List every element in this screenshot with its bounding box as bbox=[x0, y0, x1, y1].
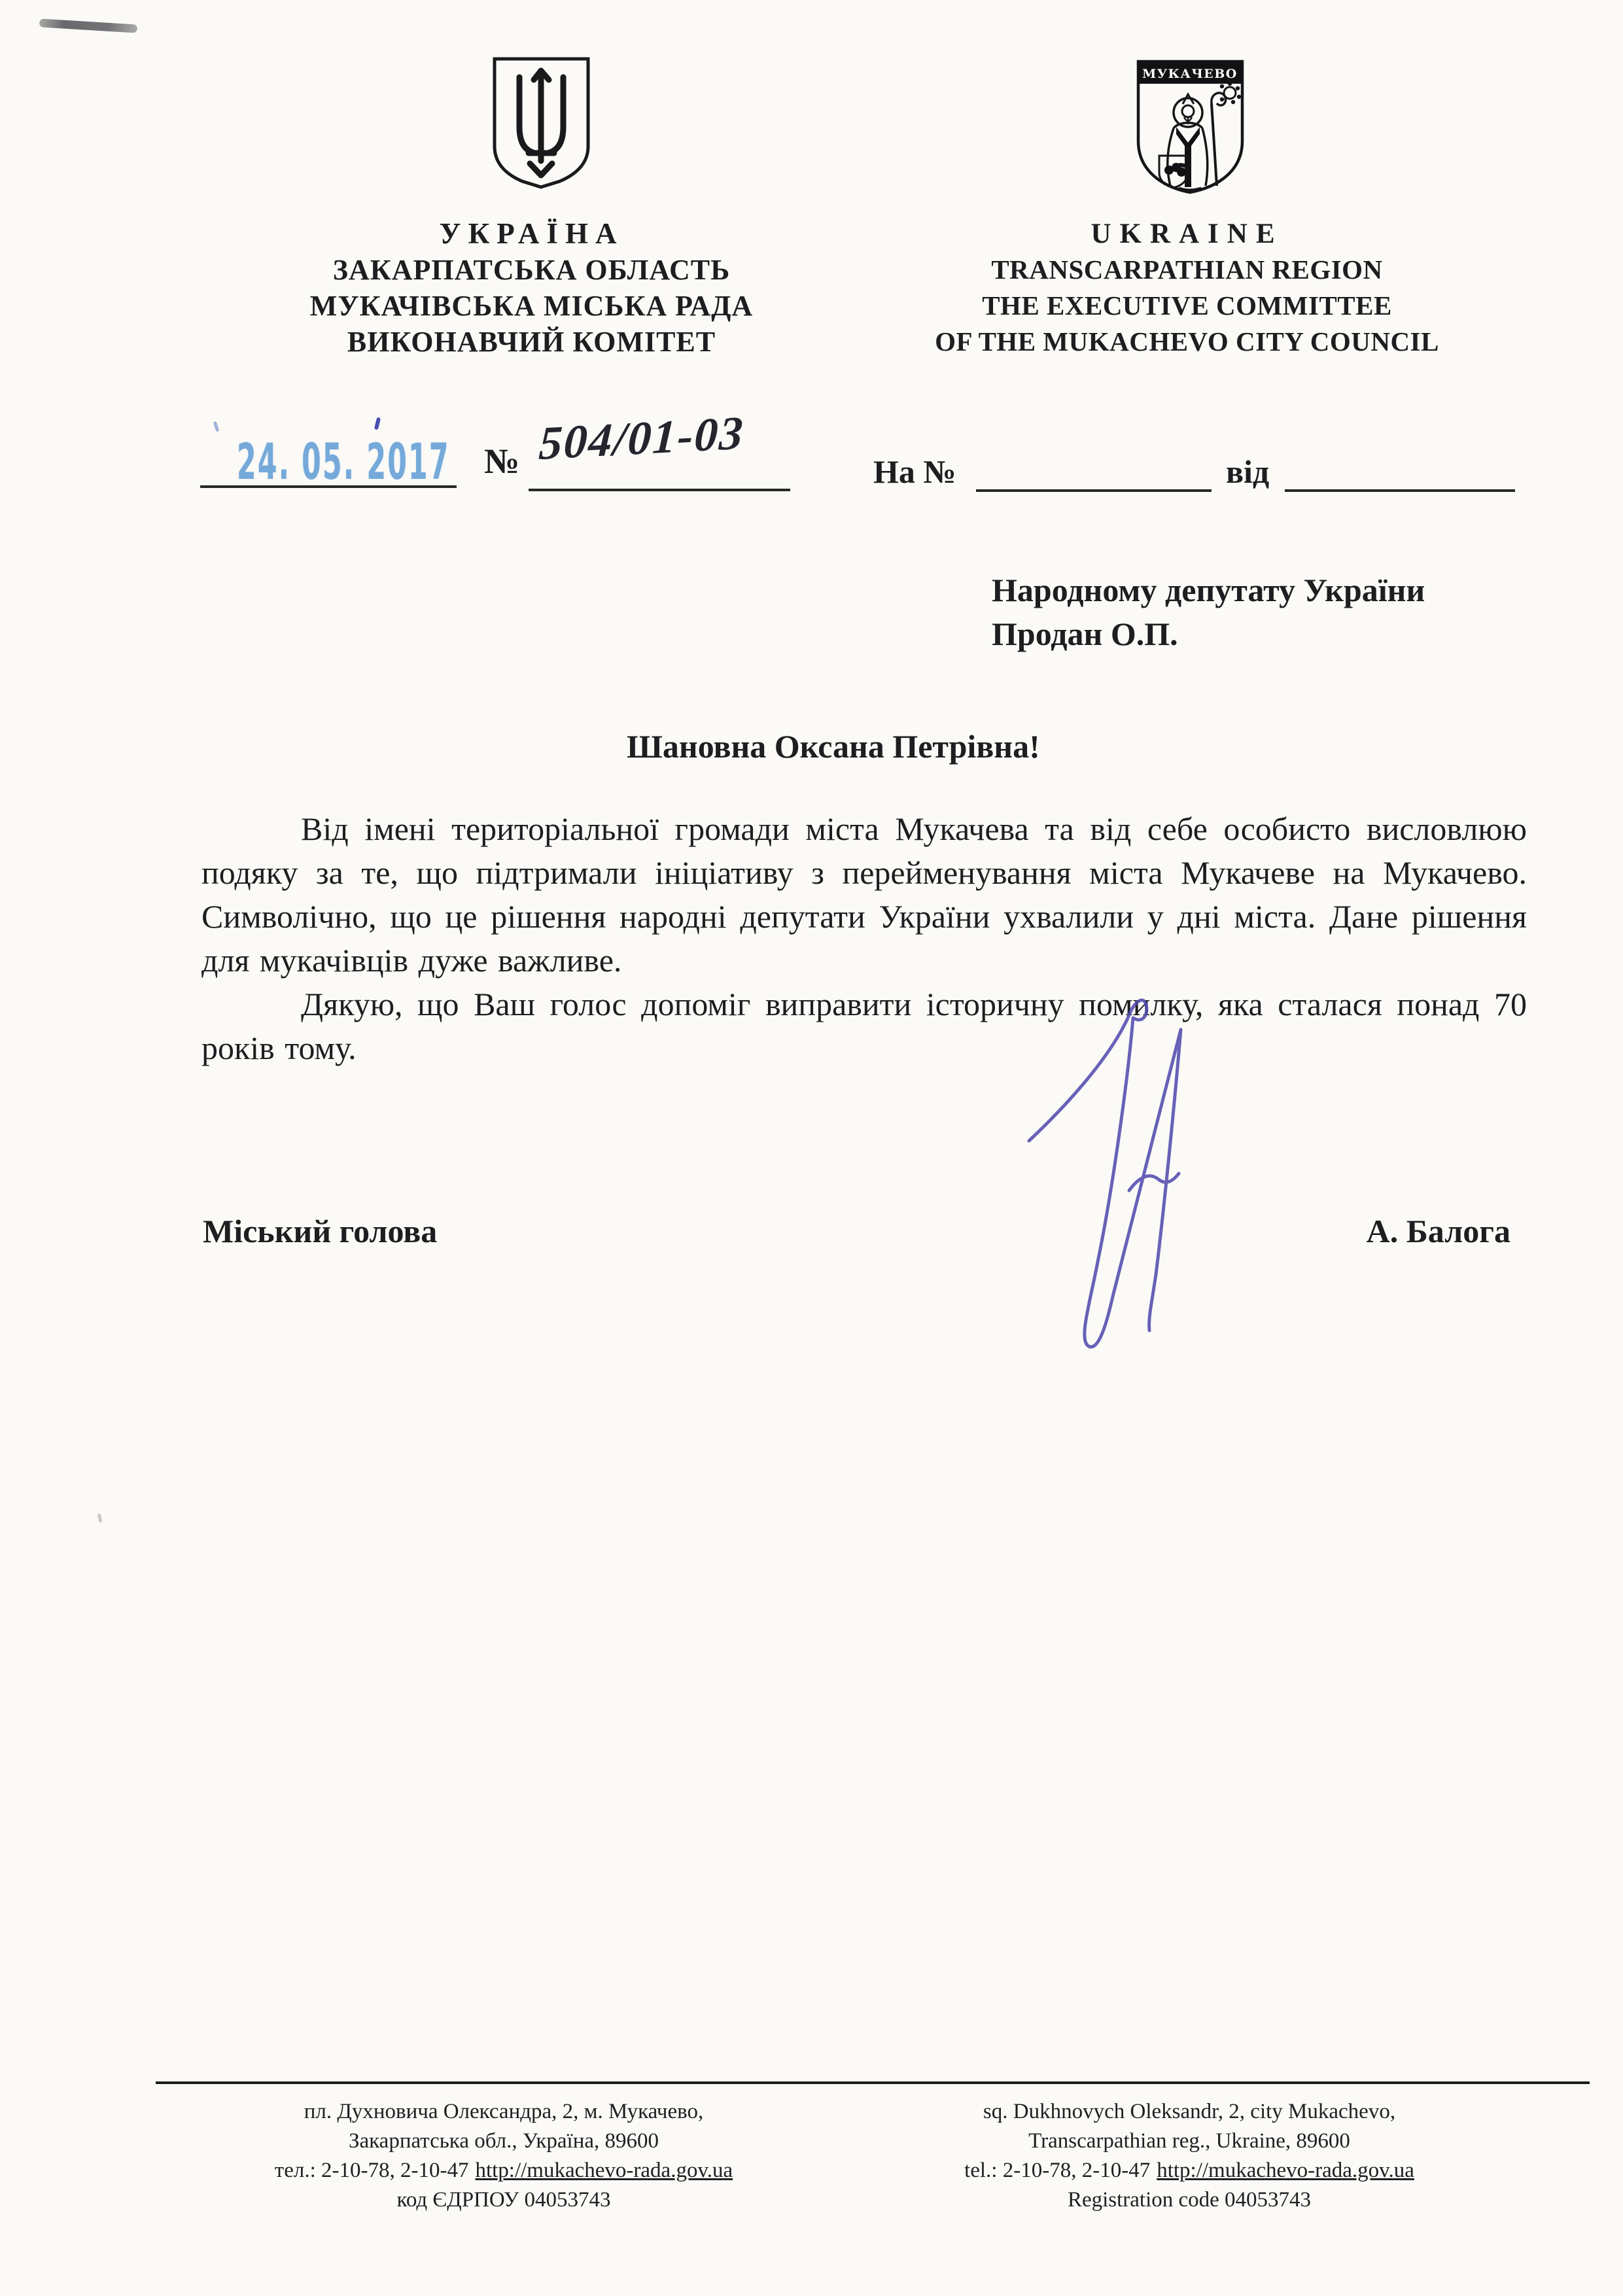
footer-code-uk: код ЄДРПОУ 04053743 bbox=[196, 2185, 811, 2215]
coat-banner-text: МУКАЧЕВО bbox=[1142, 67, 1238, 81]
signer-position: Міський голова bbox=[203, 1215, 437, 1247]
body-paragraph-2: Дякую, що Ваш голос допоміг виправити іс… bbox=[201, 983, 1527, 1070]
pen-mark bbox=[213, 421, 220, 432]
footer-code-en: Registration code 04053743 bbox=[882, 2185, 1497, 2215]
recipient-block: Народному депутату України Продан О.П. bbox=[992, 568, 1425, 656]
reply-date-blank bbox=[1285, 489, 1515, 492]
date-underline bbox=[200, 485, 457, 488]
footer-contact-line-uk: тел.: 2-10-78, 2-10-47http://mukachevo-r… bbox=[196, 2156, 811, 2185]
footer-website-link-en[interactable]: http://mukachevo-rada.gov.ua bbox=[1157, 2159, 1414, 2182]
org-committee-en: THE EXECUTIVE COMMITTEE bbox=[845, 288, 1529, 324]
org-committee-uk: ВИКОНАВЧИЙ КОМІТЕТ bbox=[190, 324, 873, 360]
reply-number-label: На № bbox=[873, 455, 956, 488]
recipient-title: Народному депутату України bbox=[992, 568, 1425, 612]
pen-mark bbox=[374, 417, 381, 430]
org-block-ukrainian: УКРАЇНА ЗАКАРПАТСЬКА ОБЛАСТЬ МУКАЧІВСЬКА… bbox=[190, 216, 873, 360]
number-underline bbox=[529, 489, 790, 491]
reply-number-blank bbox=[976, 489, 1212, 492]
mukachevo-coat-of-arms: МУКАЧЕВО bbox=[1133, 56, 1248, 198]
footer-address-line2-en: Transcarpathian reg., Ukraine, 89600 bbox=[882, 2127, 1497, 2156]
scan-speck bbox=[97, 1514, 103, 1523]
footer-website-link-uk[interactable]: http://mukachevo-rada.gov.ua bbox=[475, 2159, 733, 2182]
footer-phone-en: tel.: 2-10-78, 2-10-47 bbox=[964, 2159, 1150, 2182]
footer-address-line1-uk: пл. Духновича Олександра, 2, м. Мукачево… bbox=[196, 2097, 811, 2127]
footer-phone-uk: тел.: 2-10-78, 2-10-47 bbox=[275, 2159, 469, 2182]
ukraine-trident-emblem bbox=[491, 55, 592, 189]
footer-english: sq. Dukhnovych Oleksandr, 2, city Mukach… bbox=[882, 2097, 1497, 2215]
footer-contact-line-en: tel.: 2-10-78, 2-10-47http://mukachevo-r… bbox=[882, 2156, 1497, 2185]
number-sign: № bbox=[484, 444, 519, 479]
org-council-en: OF THE MUKACHEVO CITY COUNCIL bbox=[845, 324, 1529, 360]
footer-ukrainian: пл. Духновича Олександра, 2, м. Мукачево… bbox=[196, 2097, 811, 2215]
org-region-uk: ЗАКАРПАТСЬКА ОБЛАСТЬ bbox=[190, 252, 873, 288]
scanned-letter: { "header": { "left": { "emblem": "ukrai… bbox=[0, 0, 1623, 2296]
org-council-uk: МУКАЧІВСЬКА МІСЬКА РАДА bbox=[190, 288, 873, 324]
org-country-uk: УКРАЇНА bbox=[190, 216, 873, 252]
org-region-en: TRANSCARPATHIAN REGION bbox=[845, 252, 1529, 288]
signer-name: А. Балога bbox=[1367, 1215, 1510, 1247]
footer-address-line2-uk: Закарпатська обл., Україна, 89600 bbox=[196, 2127, 811, 2156]
salutation: Шановна Оксана Петрівна! bbox=[627, 730, 1040, 763]
org-country-en: UKRAINE bbox=[845, 216, 1529, 252]
org-block-english: UKRAINE TRANSCARPATHIAN REGION THE EXECU… bbox=[845, 216, 1529, 360]
date-stamp: 24. 05. 2017 bbox=[237, 437, 450, 487]
outgoing-number-handwritten: 504/01-03 bbox=[538, 409, 745, 467]
footer-divider bbox=[156, 2081, 1590, 2084]
recipient-name: Продан О.П. bbox=[992, 612, 1425, 656]
footer-address-line1-en: sq. Dukhnovych Oleksandr, 2, city Mukach… bbox=[882, 2097, 1497, 2127]
scan-artifact-streak bbox=[39, 18, 138, 33]
letter-body: Від імені територіальної громади міста М… bbox=[201, 807, 1527, 1070]
reply-date-label: від bbox=[1226, 455, 1269, 488]
body-paragraph-1: Від імені територіальної громади міста М… bbox=[201, 807, 1527, 983]
